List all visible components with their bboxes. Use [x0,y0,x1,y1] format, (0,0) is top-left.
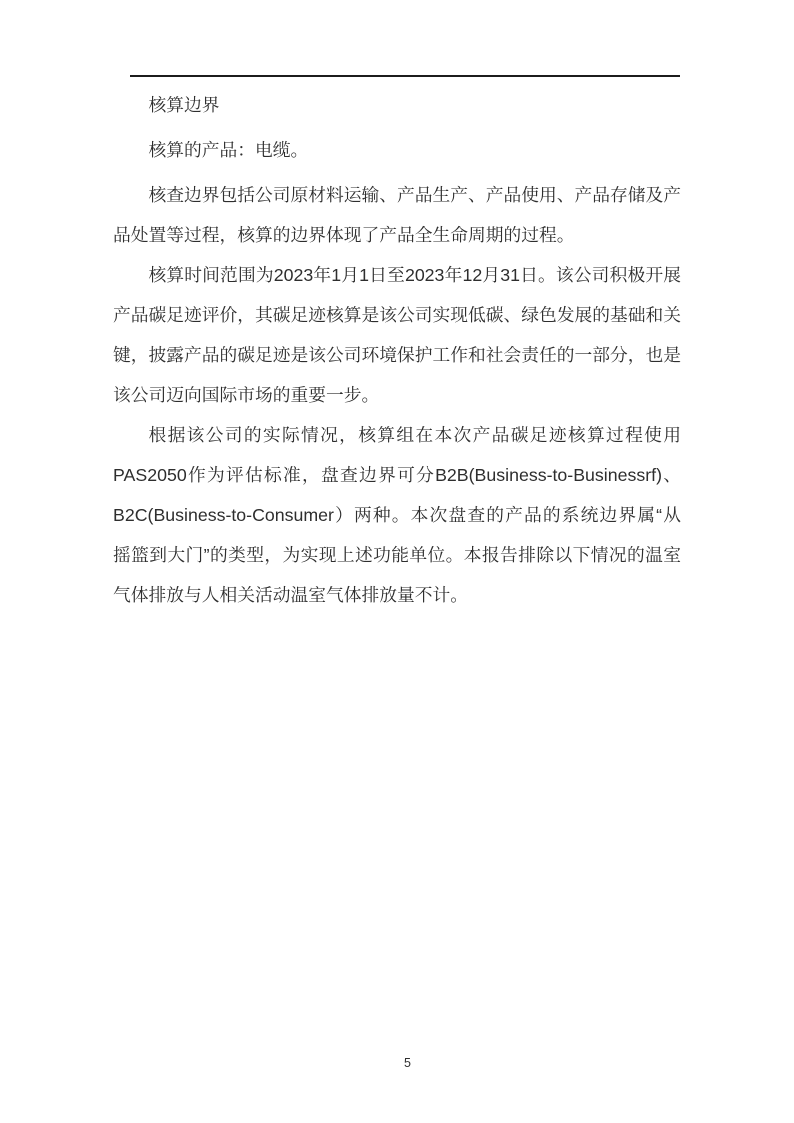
header-divider-line [130,75,680,77]
paragraph: 核算的产品：电缆。 [113,130,681,170]
text-line: 核查边界包括公司原材料运输、产品生产、产品使用、产品存储及产 [113,175,681,215]
text-line: 摇篮到大门”的类型，为实现上述功能单位。本报告排除以下情况的温室 [113,535,681,575]
page-number: 5 [404,1054,411,1072]
text-line: 键，披露产品的碳足迹是该公司环境保护工作和社会责任的一部分，也是 [113,335,681,375]
text-line: 产品碳足迹评价，其碳足迹核算是该公司实现低碳、绿色发展的基础和关 [113,295,681,335]
text-line: PAS2050作为评估标准，盘查边界可分B2B(Business-to-Busi… [113,455,681,495]
section-heading: 核算边界 [113,85,681,125]
paragraph: 核算时间范围为2023年1月1日至2023年12月31日。该公司积极开展产品碳足… [113,255,681,415]
paragraph: 核查边界包括公司原材料运输、产品生产、产品使用、产品存储及产品处置等过程，核算的… [113,175,681,255]
text-line: 核算的产品：电缆。 [113,130,681,170]
text-line: 该公司迈向国际市场的重要一步。 [113,375,681,415]
text-line: 核算边界 [113,85,681,125]
document-body: 核算边界核算的产品：电缆。核查边界包括公司原材料运输、产品生产、产品使用、产品存… [113,85,681,615]
text-line: 品处置等过程，核算的边界体现了产品全生命周期的过程。 [113,215,681,255]
text-line: 气体排放与人相关活动温室气体排放量不计。 [113,575,681,615]
text-line: 核算时间范围为2023年1月1日至2023年12月31日。该公司积极开展 [113,255,681,295]
text-line: 根据该公司的实际情况，核算组在本次产品碳足迹核算过程使用 [113,415,681,455]
paragraph: 根据该公司的实际情况，核算组在本次产品碳足迹核算过程使用PAS2050作为评估标… [113,415,681,615]
text-line: B2C(Business-to-Consumer）两种。本次盘查的产品的系统边界… [113,495,681,535]
document-page: 核算边界核算的产品：电缆。核查边界包括公司原材料运输、产品生产、产品使用、产品存… [0,0,794,1123]
